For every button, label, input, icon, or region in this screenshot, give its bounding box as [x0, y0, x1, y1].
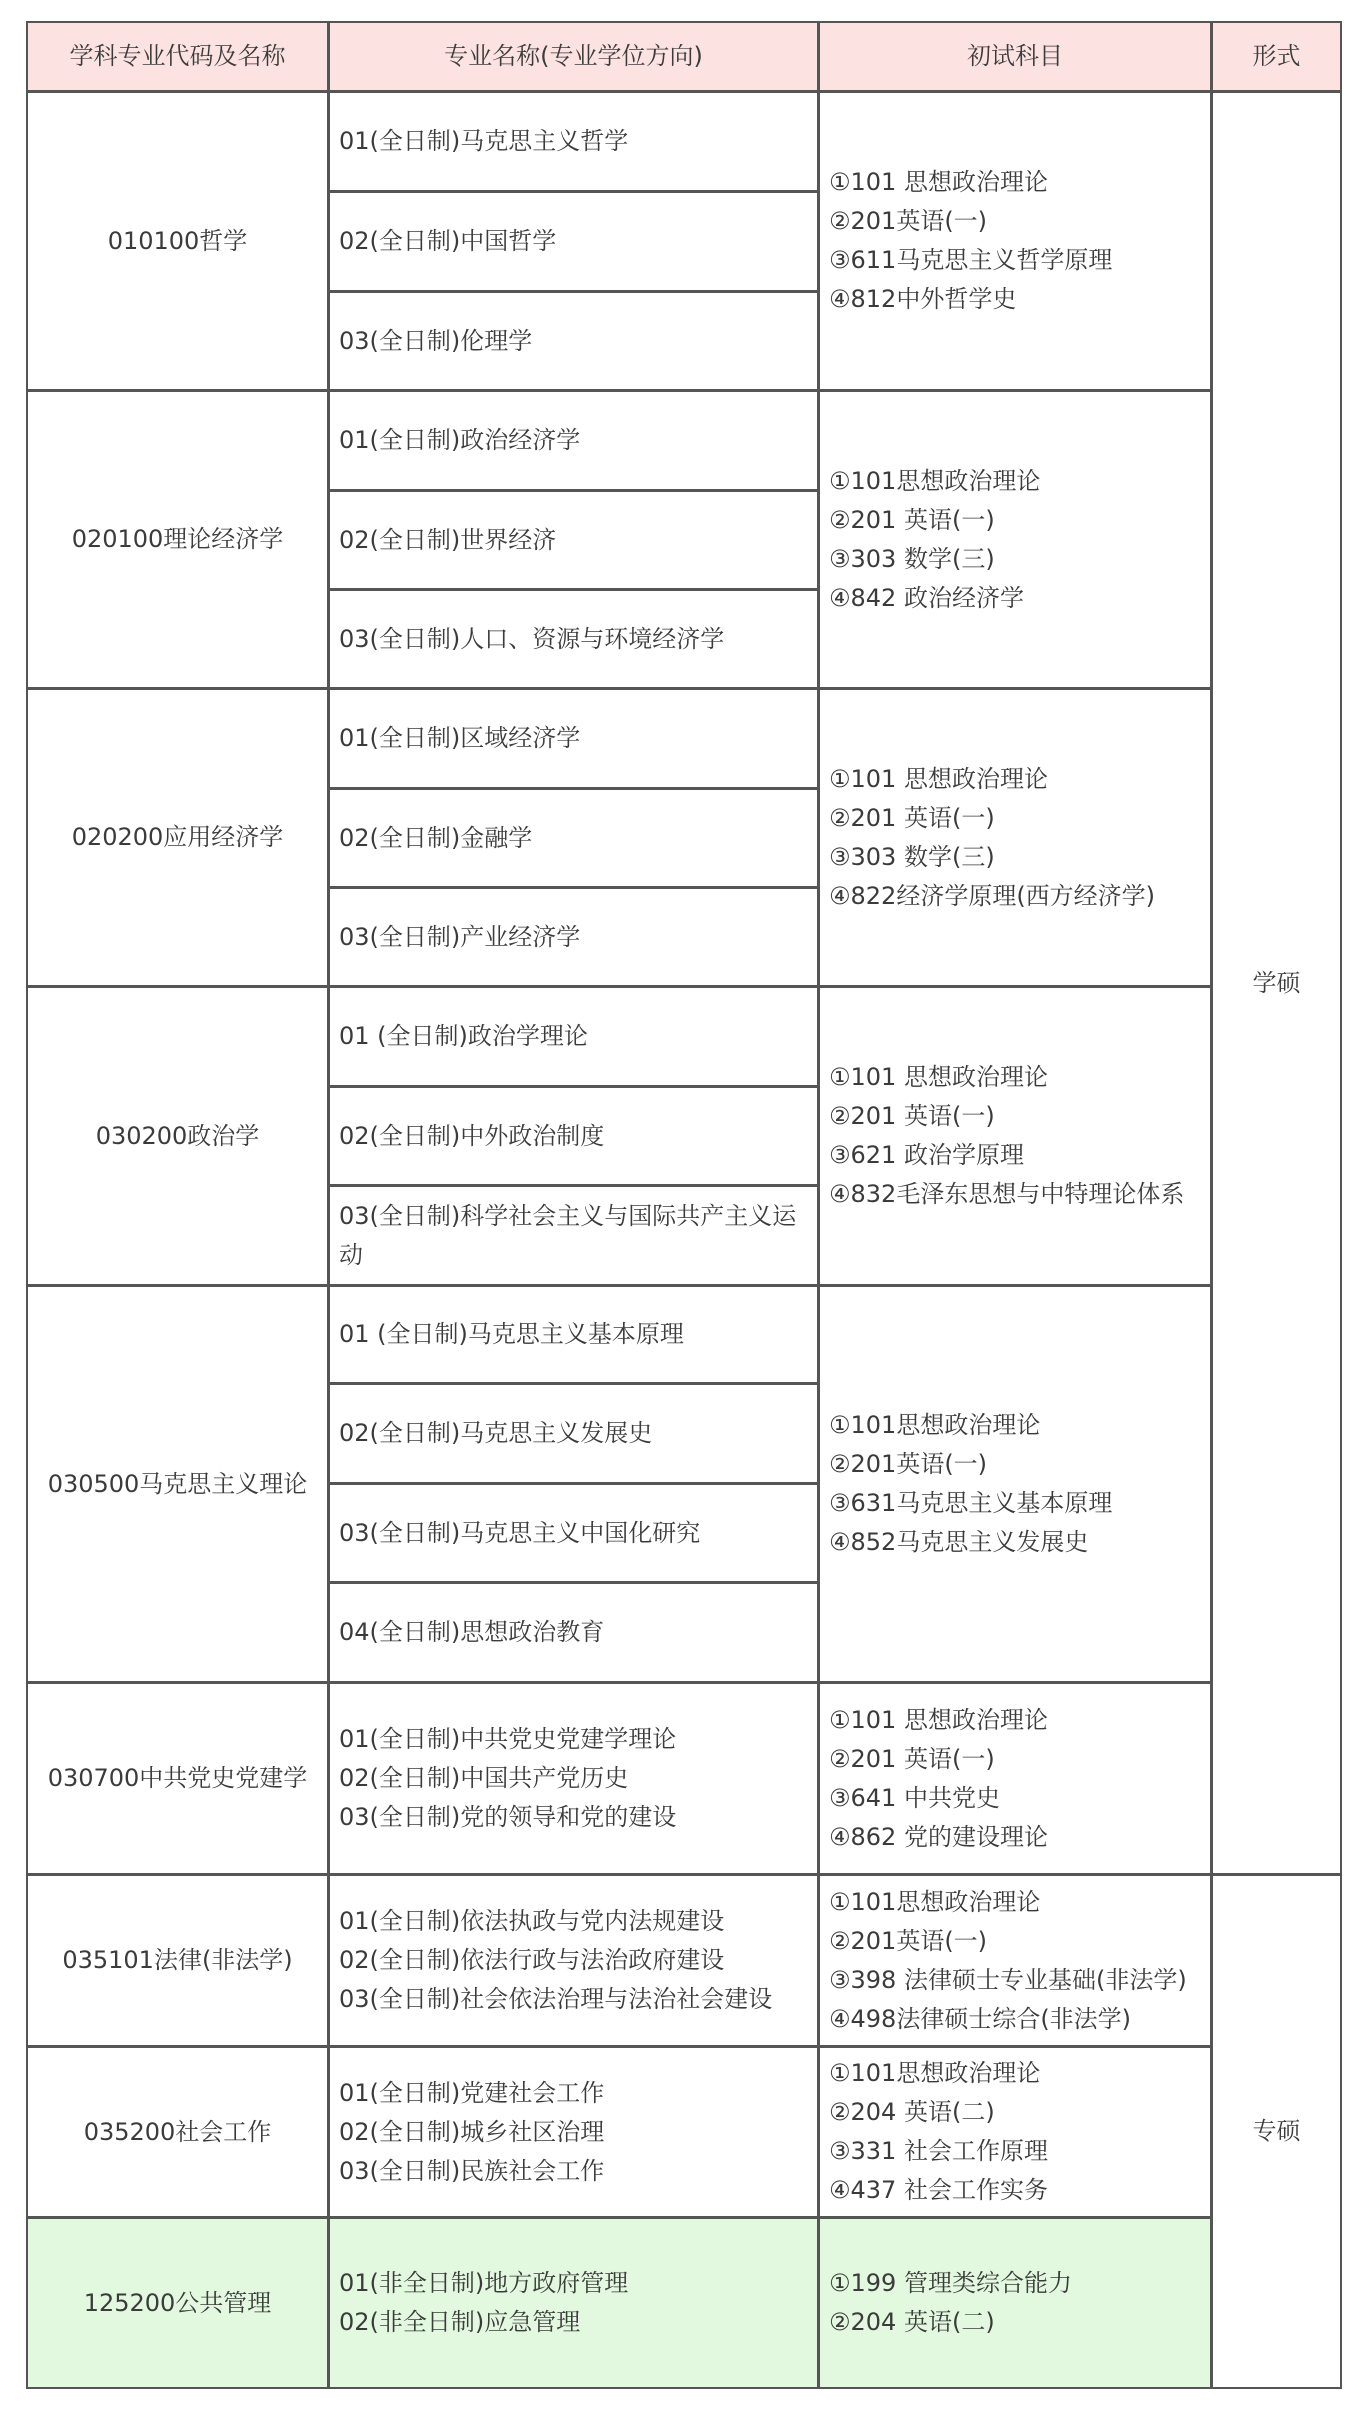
subject-item: ④862 党的建设理论: [829, 1818, 1048, 1857]
direction-cell: 01(全日制)区域经济学: [328, 688, 819, 789]
form-cell-professional: 专硕: [1211, 1874, 1342, 2389]
subject-item: ④832毛泽东思想与中特理论体系: [829, 1175, 1184, 1214]
direction-item: 03(全日制)党的领导和党的建设: [339, 1798, 676, 1837]
direction-item: 02(全日制)城乡社区治理: [339, 2113, 604, 2152]
subjects-cell: ①101 思想政治理论 ②201 英语(一) ③621 政治学原理 ④832毛泽…: [818, 986, 1212, 1286]
subject-item: ②204 英语(二): [829, 2303, 995, 2342]
direction-item: 02(非全日制)应急管理: [339, 2303, 580, 2342]
direction-item: 01(全日制)依法执政与党内法规建设: [339, 1902, 724, 1941]
direction-cell: 01(全日制)党建社会工作 02(全日制)城乡社区治理 03(全日制)民族社会工…: [328, 2046, 819, 2218]
code-name-cell: 020100理论经济学: [26, 390, 329, 689]
subject-item: ③398 法律硕士专业基础(非法学): [829, 1961, 1187, 2000]
direction-cell: 01 (全日制)政治学理论: [328, 986, 819, 1087]
subject-item: ③641 中共党史: [829, 1779, 1000, 1818]
code-name-cell: 030200政治学: [26, 986, 329, 1286]
subject-item: ③303 数学(三): [829, 838, 995, 877]
direction-cell: 02(全日制)金融学: [328, 788, 819, 888]
subject-item: ③303 数学(三): [829, 540, 995, 579]
subject-item: ①101思想政治理论: [829, 1883, 1040, 1922]
code-name-cell: 035101法律(非法学): [26, 1874, 329, 2047]
direction-cell: 03(全日制)科学社会主义与国际共产主义运动: [328, 1185, 819, 1286]
header-subjects: 初试科目: [818, 21, 1212, 92]
direction-cell: 03(全日制)伦理学: [328, 291, 819, 391]
header-direction: 专业名称(专业学位方向): [328, 21, 819, 92]
subject-item: ②201英语(一): [829, 202, 987, 241]
subject-item: ②201 英语(一): [829, 1740, 995, 1779]
admissions-table: 学科专业代码及名称 专业名称(专业学位方向) 初试科目 形式 010100哲学 …: [27, 22, 1342, 2389]
subject-item: ①199 管理类综合能力: [829, 2264, 1072, 2303]
subjects-cell: ①101 思想政治理论 ②201 英语(一) ③641 中共党史 ④862 党的…: [818, 1682, 1212, 1875]
subject-item: ②201 英语(一): [829, 501, 995, 540]
direction-item: 01(全日制)党建社会工作: [339, 2074, 604, 2113]
subjects-cell: ①101思想政治理论 ②201英语(一) ③398 法律硕士专业基础(非法学) …: [818, 1874, 1212, 2047]
subject-item: ①101思想政治理论: [829, 1406, 1040, 1445]
direction-cell-highlighted: 01(非全日制)地方政府管理 02(非全日制)应急管理: [328, 2217, 819, 2389]
subject-item: ①101 思想政治理论: [829, 1058, 1048, 1097]
subject-item: ④812中外哲学史: [829, 280, 1016, 319]
subject-item: ②201 英语(一): [829, 1097, 995, 1136]
subjects-cell-highlighted: ①199 管理类综合能力 ②204 英语(二): [818, 2217, 1212, 2389]
subject-item: ②201英语(一): [829, 1445, 987, 1484]
subject-item: ③621 政治学原理: [829, 1136, 1024, 1175]
direction-cell: 01(全日制)政治经济学: [328, 390, 819, 491]
code-name-cell: 030500马克思主义理论: [26, 1285, 329, 1683]
subject-item: ②204 英语(二): [829, 2093, 995, 2132]
direction-cell: 01(全日制)马克思主义哲学: [328, 91, 819, 192]
direction-item: 01(全日制)中共党史党建学理论: [339, 1720, 676, 1759]
direction-item: 02(全日制)中国共产党历史: [339, 1759, 628, 1798]
direction-cell: 02(全日制)中国哲学: [328, 191, 819, 292]
direction-cell: 03(全日制)马克思主义中国化研究: [328, 1483, 819, 1583]
subjects-cell: ①101 思想政治理论 ②201英语(一) ③611马克思主义哲学原理 ④812…: [818, 91, 1212, 391]
header-code-name: 学科专业代码及名称: [26, 21, 329, 92]
direction-item: 03(全日制)社会依法治理与法治社会建设: [339, 1980, 772, 2019]
subject-item: ③611马克思主义哲学原理: [829, 241, 1112, 280]
subject-item: ④842 政治经济学: [829, 579, 1024, 618]
code-name-cell: 035200社会工作: [26, 2046, 329, 2218]
direction-item: 03(全日制)民族社会工作: [339, 2152, 604, 2191]
direction-cell: 04(全日制)思想政治教育: [328, 1582, 819, 1683]
direction-item: 02(全日制)依法行政与法治政府建设: [339, 1941, 724, 1980]
subject-item: ④498法律硕士综合(非法学): [829, 2000, 1131, 2039]
direction-cell: 01(全日制)中共党史党建学理论 02(全日制)中国共产党历史 03(全日制)党…: [328, 1682, 819, 1875]
direction-cell: 02(全日制)马克思主义发展史: [328, 1383, 819, 1484]
subjects-cell: ①101思想政治理论 ②201英语(一) ③631马克思主义基本原理 ④852马…: [818, 1285, 1212, 1683]
header-form: 形式: [1211, 21, 1342, 92]
subject-item: ①101 思想政治理论: [829, 163, 1048, 202]
code-name-cell: 020200应用经济学: [26, 688, 329, 987]
code-name-cell-highlighted: 125200公共管理: [26, 2217, 329, 2389]
direction-cell: 01(全日制)依法执政与党内法规建设 02(全日制)依法行政与法治政府建设 03…: [328, 1874, 819, 2047]
direction-cell: 02(全日制)世界经济: [328, 490, 819, 590]
subject-item: ③331 社会工作原理: [829, 2132, 1048, 2171]
subject-item: ①101 思想政治理论: [829, 760, 1048, 799]
direction-item: 01(非全日制)地方政府管理: [339, 2264, 628, 2303]
subject-item: ④822经济学原理(西方经济学): [829, 877, 1155, 916]
subject-item: ②201 英语(一): [829, 799, 995, 838]
direction-cell: 01 (全日制)马克思主义基本原理: [328, 1285, 819, 1384]
subjects-cell: ①101思想政治理论 ②204 英语(二) ③331 社会工作原理 ④437 社…: [818, 2046, 1212, 2218]
subject-item: ①101 思想政治理论: [829, 1701, 1048, 1740]
subject-item: ③631马克思主义基本原理: [829, 1484, 1112, 1523]
subjects-cell: ①101 思想政治理论 ②201 英语(一) ③303 数学(三) ④822经济…: [818, 688, 1212, 987]
direction-cell: 03(全日制)产业经济学: [328, 887, 819, 987]
direction-cell: 02(全日制)中外政治制度: [328, 1086, 819, 1186]
direction-cell: 03(全日制)人口、资源与环境经济学: [328, 589, 819, 689]
subjects-cell: ①101思想政治理论 ②201 英语(一) ③303 数学(三) ④842 政治…: [818, 390, 1212, 689]
subject-item: ①101思想政治理论: [829, 462, 1040, 501]
code-name-cell: 010100哲学: [26, 91, 329, 391]
subject-item: ④852马克思主义发展史: [829, 1523, 1088, 1562]
subject-item: ①101思想政治理论: [829, 2054, 1040, 2093]
subject-item: ④437 社会工作实务: [829, 2171, 1048, 2210]
code-name-cell: 030700中共党史党建学: [26, 1682, 329, 1875]
subject-item: ②201英语(一): [829, 1922, 987, 1961]
form-cell-academic: 学硕: [1211, 91, 1342, 1875]
